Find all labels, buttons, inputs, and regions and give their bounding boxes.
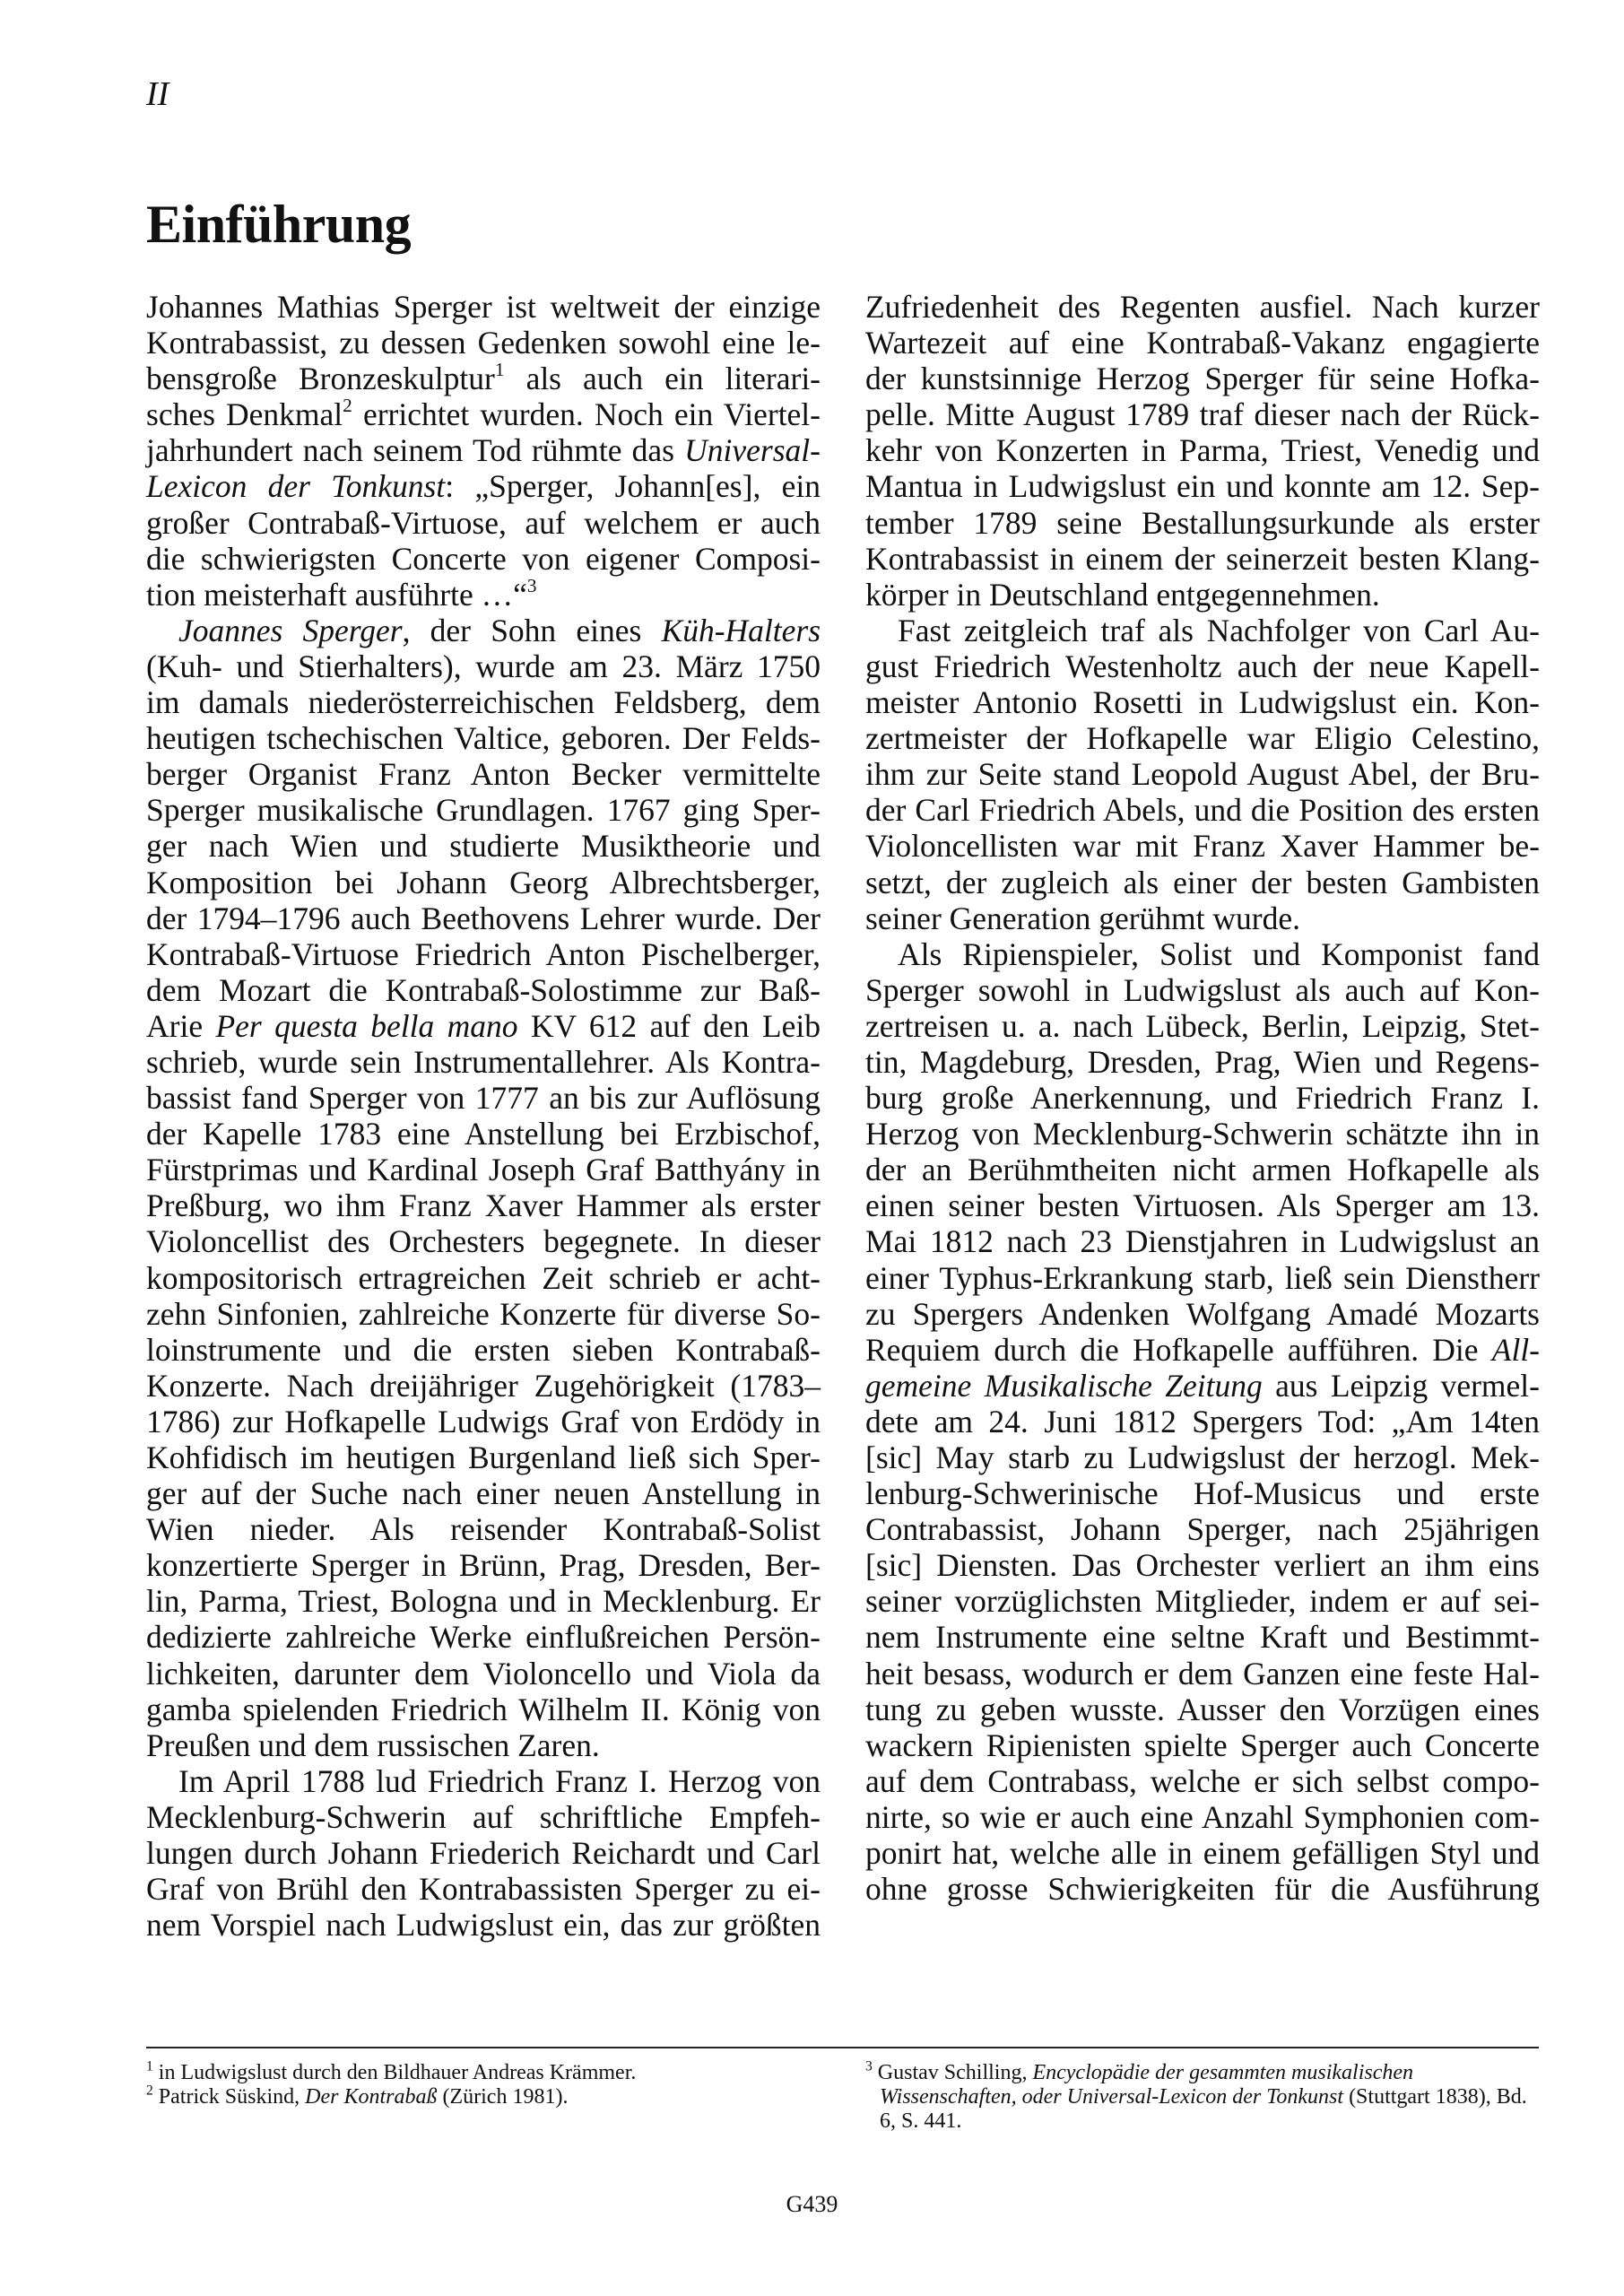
text-line: gust Friedrich Westenholtz auch der neue… xyxy=(865,648,1540,684)
text-line: Kontrabassist in einem der seinerzeit be… xyxy=(865,541,1540,577)
body-paragraph: Als Ripienspieler, Solist und Komponist … xyxy=(865,936,1540,1908)
text-line: großer Contrabaß-Virtuose, auf welchem e… xyxy=(146,505,821,541)
text-line: konzertierte Sperger in Brünn, Prag, Dre… xyxy=(146,1547,821,1583)
italic-text: Universal- xyxy=(684,432,821,468)
text-line: lin, Parma, Triest, Bologna und in Meckl… xyxy=(146,1583,821,1619)
text-line: die schwierigsten Concerte von eigener C… xyxy=(146,541,821,577)
left-text-column: Johannes Mathias Sperger ist weltweit de… xyxy=(146,289,821,1943)
text-line: bassist fand Sperger von 1777 an bis zur… xyxy=(146,1080,821,1116)
text-line: im damals niederösterreichischen Feldsbe… xyxy=(146,684,821,720)
text-line: setzt, der zugleich als einer der besten… xyxy=(865,865,1540,900)
text-line: der Kapelle 1783 eine Anstellung bei Erz… xyxy=(146,1116,821,1152)
body-paragraph: Zufriedenheit des Regenten ausfiel. Nach… xyxy=(865,289,1540,613)
footnote-reference: 3 xyxy=(527,575,537,596)
footnotes-right: 3 Gustav Schilling, Encyclopädie der ges… xyxy=(865,2061,1540,2134)
text-line: ohne grosse Schwierigkeiten für die Ausf… xyxy=(865,1871,1540,1907)
text-line: der kunstsinnige Herzog Sperger für sein… xyxy=(865,361,1540,396)
italic-text: gemeine Musikalische Zeitung xyxy=(865,1368,1263,1404)
text-line: einen seiner besten Virtuosen. Als Sperg… xyxy=(865,1187,1540,1223)
text-line: Mai 1812 nach 23 Dienstjahren in Ludwigs… xyxy=(865,1223,1540,1259)
italic-text: All- xyxy=(1492,1332,1540,1368)
text-line: der 1794–1796 auch Beethovens Lehrer wur… xyxy=(146,900,821,936)
text-line: dete am 24. Juni 1812 Spergers Tod: „Am … xyxy=(865,1404,1540,1439)
text-line: zertreisen u. a. nach Lübeck, Berlin, Le… xyxy=(865,1008,1540,1044)
text-line: Sperger sowohl in Ludwigslust als auch a… xyxy=(865,972,1540,1008)
body-paragraph: Joannes Sperger, der Sohn eines Küh-Halt… xyxy=(146,613,821,1763)
text-line: [sic] May starb zu Ludwigslust der herzo… xyxy=(865,1439,1540,1475)
text-line: ihm zur Seite stand Leopold August Abel,… xyxy=(865,756,1540,792)
text-line: körper in Deutschland entgegennehmen. xyxy=(865,577,1540,613)
page-folio: G439 xyxy=(0,2191,1624,2218)
text-line: 1786) zur Hofkapelle Ludwigs Graf von Er… xyxy=(146,1404,821,1439)
text-line: Komposition bei Johann Georg Albrechtsbe… xyxy=(146,865,821,900)
italic-text: Küh-Halters xyxy=(662,613,821,648)
text-line: der an Berühmtheiten nicht armen Hofkape… xyxy=(865,1152,1540,1187)
text-line: gemeine Musikalische Zeitung aus Leipzig… xyxy=(865,1368,1540,1404)
text-line: dedizierte zahlreiche Werke einflußreich… xyxy=(146,1619,821,1655)
text-line: [sic] Diensten. Das Orchester verliert a… xyxy=(865,1547,1540,1583)
text-line: berger Organist Franz Anton Becker vermi… xyxy=(146,756,821,792)
chapter-title: Einführung xyxy=(146,197,411,251)
text-line: Im April 1788 lud Friedrich Franz I. Her… xyxy=(146,1763,821,1799)
text-line: lichkeiten, darunter dem Violoncello und… xyxy=(146,1656,821,1692)
footnote-number: 1 xyxy=(146,2059,153,2074)
text-line: nem Instrumente eine seltne Kraft und Be… xyxy=(865,1619,1540,1655)
text-line: lenburg-Schwerinische Hof-Musicus und er… xyxy=(865,1475,1540,1511)
italic-text: Encyclopädie der gesammten musikalischen… xyxy=(880,2061,1413,2109)
text-line: kehr von Konzerten in Parma, Triest, Ven… xyxy=(865,432,1540,468)
text-line: tung zu geben wusste. Ausser den Vorzüge… xyxy=(865,1692,1540,1727)
text-line: Arie Per questa bella mano KV 612 auf de… xyxy=(146,1008,821,1044)
footnote: 3 Gustav Schilling, Encyclopädie der ges… xyxy=(865,2061,1540,2134)
text-line: Fürstprimas und Kardinal Joseph Graf Bat… xyxy=(146,1152,821,1187)
text-line: Wien nieder. Als reisender Kontrabaß-Sol… xyxy=(146,1511,821,1547)
text-line: bensgroße Bronzeskulptur1 als auch ein l… xyxy=(146,361,821,396)
footnotes-left: 1 in Ludwigslust durch den Bildhauer And… xyxy=(146,2061,821,2109)
text-line: Als Ripienspieler, Solist und Komponist … xyxy=(865,936,1540,972)
footnote-number: 3 xyxy=(865,2059,873,2074)
text-line: der Carl Friedrich Abels, und die Positi… xyxy=(865,792,1540,828)
text-line: zehn Sinfonien, zahlreiche Konzerte für … xyxy=(146,1296,821,1332)
text-line: heutigen tschechischen Valtice, geboren.… xyxy=(146,720,821,756)
footnote-number: 2 xyxy=(146,2083,153,2099)
text-line: ponirt hat, welche alle in einem gefälli… xyxy=(865,1835,1540,1871)
italic-text: Der Kontrabaß xyxy=(305,2085,437,2109)
right-text-column: Zufriedenheit des Regenten ausfiel. Nach… xyxy=(865,289,1540,1907)
text-line: Violoncellist des Orchesters begegnete. … xyxy=(146,1223,821,1259)
text-line: pelle. Mitte August 1789 traf dieser nac… xyxy=(865,396,1540,432)
body-paragraph: Im April 1788 lud Friedrich Franz I. Her… xyxy=(146,1763,821,1943)
text-line: Johannes Mathias Sperger ist weltweit de… xyxy=(146,289,821,325)
text-line: (Kuh- und Stierhalters), wurde am 23. Mä… xyxy=(146,648,821,684)
text-line: Sperger musikalische Grundlagen. 1767 gi… xyxy=(146,792,821,828)
text-line: Preßburg, wo ihm Franz Xaver Hammer als … xyxy=(146,1187,821,1223)
italic-text: Joannes Sperger xyxy=(178,613,403,648)
text-line: Mantua in Ludwigslust ein und konnte am … xyxy=(865,468,1540,504)
body-paragraph: Fast zeitgleich traf als Nachfolger von … xyxy=(865,613,1540,936)
footnote: 1 in Ludwigslust durch den Bildhauer And… xyxy=(146,2061,821,2085)
text-line: heit besass, wodurch er dem Ganzen eine … xyxy=(865,1656,1540,1692)
running-head-page-number: II xyxy=(146,77,169,111)
text-line: Fast zeitgleich traf als Nachfolger von … xyxy=(865,613,1540,648)
text-line: dem Mozart die Kontrabaß-Solostimme zur … xyxy=(146,972,821,1008)
text-line: einer Typhus-Erkrankung starb, ließ sein… xyxy=(865,1260,1540,1296)
body-paragraph: Johannes Mathias Sperger ist weltweit de… xyxy=(146,289,821,613)
italic-text: Lexicon der Tonkunst xyxy=(146,468,445,504)
text-line: lungen durch Johann Friederich Reichardt… xyxy=(146,1835,821,1871)
text-line: zertmeister der Hofkapelle war Eligio Ce… xyxy=(865,720,1540,756)
text-line: ger nach Wien und studierte Musiktheorie… xyxy=(146,828,821,864)
text-line: Contrabassist, Johann Sperger, nach 25jä… xyxy=(865,1511,1540,1547)
text-line: gamba spielenden Friedrich Wilhelm II. K… xyxy=(146,1692,821,1727)
text-line: nem Vorspiel nach Ludwigslust ein, das z… xyxy=(146,1907,821,1943)
text-line: schrieb, wurde sein Instrumentallehrer. … xyxy=(146,1044,821,1080)
text-line: zu Spergers Andenken Wolfgang Amadé Moza… xyxy=(865,1296,1540,1332)
text-line: Wartezeit auf eine Kontrabaß-Vakanz enga… xyxy=(865,325,1540,361)
text-line: wackern Ripienisten spielte Sperger auch… xyxy=(865,1727,1540,1763)
text-line: Kohfidisch im heutigen Burgenland ließ s… xyxy=(146,1439,821,1475)
italic-text: Per questa bella mano xyxy=(215,1008,517,1044)
text-line: tion meisterhaft ausführte …“3 xyxy=(146,577,821,613)
text-line: Violoncellisten war mit Franz Xaver Hamm… xyxy=(865,828,1540,864)
text-line: Herzog von Mecklenburg-Schwerin schätzte… xyxy=(865,1116,1540,1152)
text-line: sches Denkmal2 errichtet wurden. Noch ei… xyxy=(146,396,821,432)
text-line: Graf von Brühl den Kontrabassisten Sperg… xyxy=(146,1871,821,1907)
text-line: Requiem durch die Hofkapelle aufführen. … xyxy=(865,1332,1540,1368)
text-line: nirte, so wie er auch eine Anzahl Sympho… xyxy=(865,1799,1540,1835)
text-line: seiner vorzüglichsten Mitglieder, indem … xyxy=(865,1583,1540,1619)
text-line: Preußen und dem russischen Zaren. xyxy=(146,1727,821,1763)
text-line: Lexicon der Tonkunst: „Sperger, Johann[e… xyxy=(146,468,821,504)
text-line: jahrhundert nach seinem Tod rühmte das U… xyxy=(146,432,821,468)
footnote: 2 Patrick Süskind, Der Kontrabaß (Zürich… xyxy=(146,2085,821,2109)
text-line: Joannes Sperger, der Sohn eines Küh-Halt… xyxy=(146,613,821,648)
text-line: Konzerte. Nach dreijähriger Zugehörigkei… xyxy=(146,1368,821,1404)
text-line: kompositorisch ertragreichen Zeit schrie… xyxy=(146,1260,821,1296)
text-line: burg große Anerkennung, und Friedrich Fr… xyxy=(865,1080,1540,1116)
text-line: meister Antonio Rosetti in Ludwigslust e… xyxy=(865,684,1540,720)
footnote-reference: 2 xyxy=(343,395,352,416)
text-line: auf dem Contrabass, welche er sich selbs… xyxy=(865,1763,1540,1799)
footnote-reference: 1 xyxy=(495,359,505,380)
text-line: tember 1789 seine Bestallungsurkunde als… xyxy=(865,505,1540,541)
text-line: tin, Magdeburg, Dresden, Prag, Wien und … xyxy=(865,1044,1540,1080)
text-line: Zufriedenheit des Regenten ausfiel. Nach… xyxy=(865,289,1540,325)
text-line: ger auf der Suche nach einer neuen Anste… xyxy=(146,1475,821,1511)
text-line: Mecklenburg-Schwerin auf schriftliche Em… xyxy=(146,1799,821,1835)
text-line: Kontrabassist, zu dessen Gedenken sowohl… xyxy=(146,325,821,361)
text-line: loinstrumente und die ersten sieben Kont… xyxy=(146,1332,821,1368)
text-line: Kontrabaß-Virtuose Friedrich Anton Pisch… xyxy=(146,936,821,972)
text-line: seiner Generation gerühmt wurde. xyxy=(865,900,1540,936)
footnote-separator-rule xyxy=(146,2047,1539,2048)
